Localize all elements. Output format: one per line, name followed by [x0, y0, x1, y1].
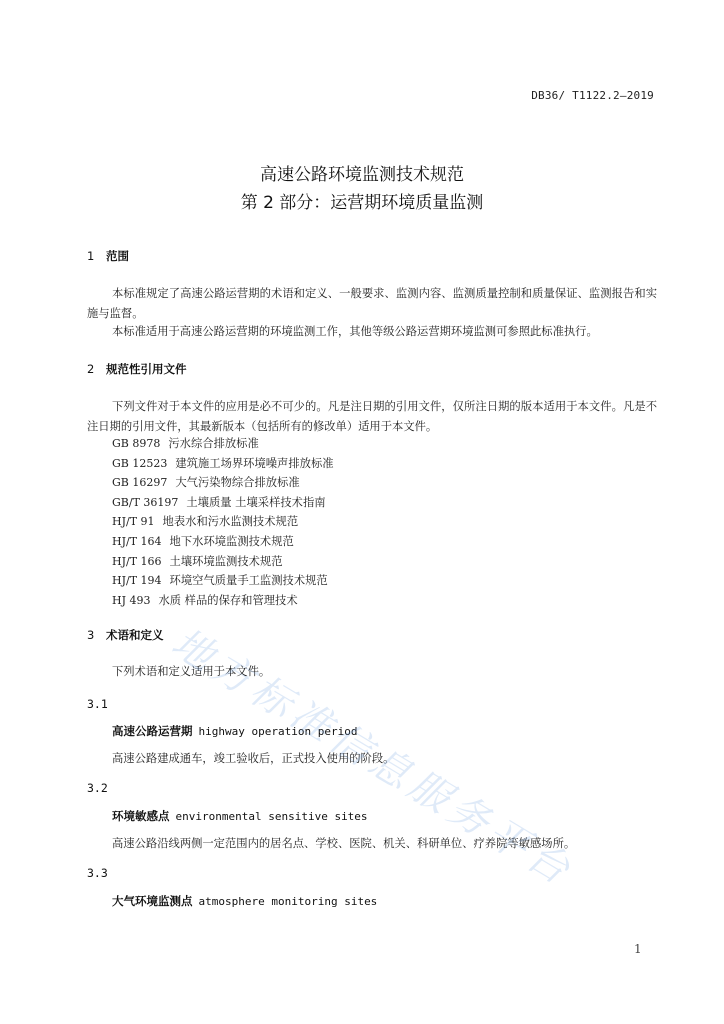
term-chinese: 环境敏感点: [112, 809, 170, 823]
reference-list: GB 8978污水综合排放标准 GB 12523建筑施工场界环境噪声排放标准 G…: [112, 434, 334, 610]
clause-number: 3.1: [87, 697, 108, 711]
document-title: 高速公路环境监测技术规范: [0, 160, 724, 185]
clause-number: 3.2: [87, 781, 108, 795]
reference-title: 土壤环境监测技术规范: [170, 555, 283, 568]
reference-item: HJ/T 194环境空气质量手工监测技术规范: [112, 571, 334, 591]
reference-code: HJ/T 91: [112, 515, 155, 528]
term-chinese: 高速公路运营期: [112, 724, 193, 738]
term-chinese: 大气环境监测点: [112, 894, 193, 908]
reference-title: 大气污染物综合排放标准: [175, 476, 299, 489]
reference-code: HJ/T 194: [112, 574, 162, 587]
document-code: DB36/ T1122.2—2019: [531, 89, 654, 102]
section-heading-2: 2规范性引用文件: [87, 361, 187, 377]
reference-title: 地下水环境监测技术规范: [170, 535, 294, 548]
reference-item: GB/T 36197土壤质量 土壤采样技术指南: [112, 493, 334, 513]
paragraph: 下列文件对于本文件的应用是必不可少的。凡是注日期的引用文件，仅所注日期的版本适用…: [87, 397, 657, 437]
reference-item: HJ/T 166土壤环境监测技术规范: [112, 552, 334, 572]
reference-title: 土壤质量 土壤采样技术指南: [186, 496, 325, 509]
reference-code: GB/T 36197: [112, 496, 178, 509]
section-number: 2: [87, 362, 106, 376]
section-heading-3: 3术语和定义: [87, 627, 164, 643]
paragraph: 本标准规定了高速公路运营期的术语和定义、一般要求、监测内容、监测质量控制和质量保…: [87, 284, 657, 324]
paragraph: 下列术语和定义适用于本文件。: [87, 662, 657, 682]
reference-code: HJ/T 164: [112, 535, 162, 548]
term-entry: 大气环境监测点atmosphere monitoring sites: [112, 893, 377, 909]
clause-number: 3.3: [87, 866, 108, 880]
term-english: environmental sensitive sites: [176, 810, 368, 823]
term-definition: 高速公路沿线两侧一定范围内的居名点、学校、医院、机关、科研单位、疗养院等敏感场所…: [112, 835, 575, 851]
paragraph: 本标准适用于高速公路运营期的环境监测工作，其他等级公路运营期环境监测可参照此标准…: [87, 322, 657, 342]
term-entry: 高速公路运营期highway operation period: [112, 723, 357, 739]
section-number: 1: [87, 249, 106, 263]
reference-item: HJ 493水质 样品的保存和管理技术: [112, 591, 334, 611]
section-title: 术语和定义: [106, 628, 164, 642]
term-english: highway operation period: [199, 725, 358, 738]
term-english: atmosphere monitoring sites: [199, 895, 378, 908]
reference-title: 水质 样品的保存和管理技术: [159, 594, 298, 607]
reference-item: GB 8978污水综合排放标准: [112, 434, 334, 454]
reference-code: GB 8978: [112, 437, 160, 450]
section-heading-1: 1范围: [87, 248, 129, 264]
reference-item: HJ/T 91地表水和污水监测技术规范: [112, 512, 334, 532]
section-number: 3: [87, 628, 106, 642]
reference-title: 地表水和污水监测技术规范: [163, 515, 299, 528]
reference-code: HJ 493: [112, 594, 151, 607]
document-page: DB36/ T1122.2—2019 高速公路环境监测技术规范 第 2 部分：运…: [0, 0, 724, 1024]
page-number: 1: [634, 942, 642, 956]
reference-item: HJ/T 164地下水环境监测技术规范: [112, 532, 334, 552]
reference-item: GB 16297大气污染物综合排放标准: [112, 473, 334, 493]
term-entry: 环境敏感点environmental sensitive sites: [112, 808, 368, 824]
reference-item: GB 12523建筑施工场界环境噪声排放标准: [112, 454, 334, 474]
reference-code: GB 12523: [112, 457, 167, 470]
reference-code: GB 16297: [112, 476, 167, 489]
section-title: 范围: [106, 249, 129, 263]
document-subtitle: 第 2 部分：运营期环境质量监测: [0, 188, 724, 213]
reference-title: 环境空气质量手工监测技术规范: [170, 574, 328, 587]
reference-title: 建筑施工场界环境噪声排放标准: [175, 457, 333, 470]
section-title: 规范性引用文件: [106, 362, 187, 376]
term-definition: 高速公路建成通车，竣工验收后，正式投入使用的阶段。: [112, 750, 394, 766]
reference-title: 污水综合排放标准: [168, 437, 258, 450]
reference-code: HJ/T 166: [112, 555, 162, 568]
